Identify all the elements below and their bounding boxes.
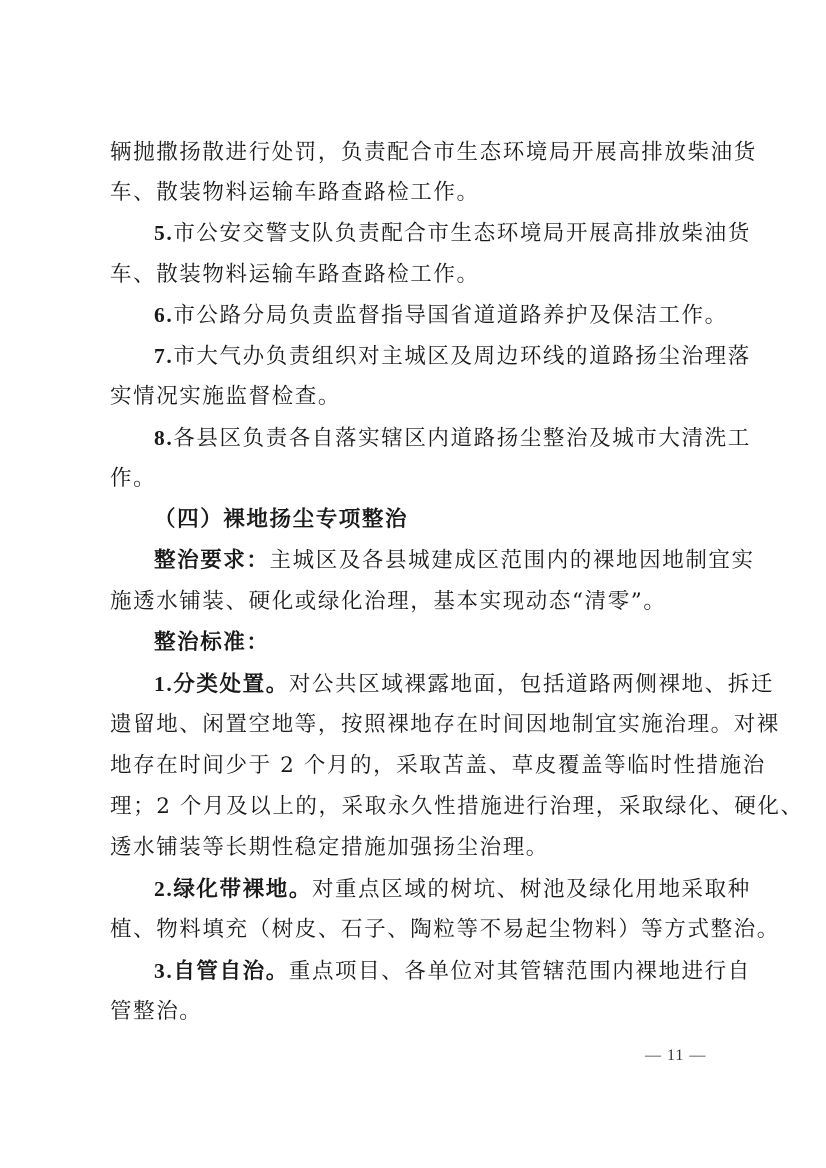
text-line: 施透水铺装、硬化或绿化治理，基本实现动态“清零”。 (110, 587, 667, 617)
line-text: 作。 (110, 466, 156, 491)
item-label: 自管自治。 (173, 959, 289, 984)
text-line: 遗留地、闲置空地等，按照裸地存在时间因地制宜实施治理。对裸 (110, 710, 780, 740)
line-text: 辆抛撒扬散进行处罚，负责配合市生态环境局开展高排放柴油货 (110, 140, 757, 165)
text-line: 5.市公安交警支队负责配合市生态环境局开展高排放柴油货 (154, 218, 751, 248)
text-line: 3.自管自治。重点项目、各单位对其管辖范围内裸地进行自 (154, 956, 751, 986)
line-text: 主城区及各县城建成区范围内的裸地因地制宜实 (270, 548, 755, 573)
text-line: 透水铺装等长期性稳定措施加强扬尘治理。 (110, 833, 549, 863)
page-number: — 11 — (645, 1047, 706, 1065)
text-line: 植、物料填充（树皮、石子、陶粒等不易起尘物料）等方式整治。 (110, 915, 780, 945)
item-number: 1. (154, 672, 173, 696)
item-number: 2. (154, 877, 173, 901)
text-line: 6.市公路分局负责监督指导国省道道路养护及保洁工作。 (154, 300, 728, 330)
line-text: 市公安交警支队负责配合市生态环境局开展高排放柴油货 (173, 221, 751, 246)
item-number: 3. (154, 959, 173, 983)
line-text: 车、散装物料运输车路查路检工作。 (110, 262, 480, 287)
line-text: 重点项目、各单位对其管辖范围内裸地进行自 (289, 959, 751, 984)
line-text: 市大气办负责组织对主城区及周边环线的道路扬尘治理落 (173, 344, 751, 369)
line-text: 管整治。 (110, 999, 202, 1024)
text-line: 车、散装物料运输车路查路检工作。 (110, 260, 480, 290)
text-line: 管整治。 (110, 997, 202, 1027)
line-text: 遗留地、闲置空地等，按照裸地存在时间因地制宜实施治理。对裸 (110, 712, 780, 737)
item-label: 分类处置。 (173, 672, 289, 697)
item-number: 6. (154, 303, 173, 327)
text-line: 车、散装物料运输车路查路检工作。 (110, 178, 480, 208)
text-line: 1.分类处置。对公共区域裸露地面，包括道路两侧裸地、拆迁 (154, 669, 774, 699)
text-line: 理；2 个月及以上的，采取永久性措施进行治理，采取绿化、硬化、 (110, 792, 804, 822)
line-text: 实情况实施监督检查。 (110, 384, 341, 409)
section-heading: （四）裸地扬尘专项整治 (154, 505, 408, 535)
text-line: 8.各县区负责各自落实辖区内道路扬尘整治及城市大清洗工 (154, 423, 751, 453)
line-text: 车、散装物料运输车路查路检工作。 (110, 180, 480, 205)
line-text: （四）裸地扬尘专项整治 (154, 507, 408, 532)
text-line: 整治要求：主城区及各县城建成区范围内的裸地因地制宜实 (154, 546, 755, 576)
line-text: 地存在时间少于 2 个月的，采取苫盖、草皮覆盖等临时性措施治 (110, 753, 766, 778)
item-label: 整治标准： (154, 630, 270, 655)
item-number: 7. (154, 344, 173, 368)
line-text: 各县区负责各自落实辖区内道路扬尘整治及城市大清洗工 (173, 426, 751, 451)
text-line: 地存在时间少于 2 个月的，采取苫盖、草皮覆盖等临时性措施治 (110, 751, 766, 781)
text-line: 7.市大气办负责组织对主城区及周边环线的道路扬尘治理落 (154, 341, 751, 371)
line-text: 透水铺装等长期性稳定措施加强扬尘治理。 (110, 835, 549, 860)
item-label: 整治要求： (154, 548, 270, 573)
text-line: 2.绿化带裸地。对重点区域的树坑、树池及绿化用地采取种 (154, 874, 751, 904)
text-line: 实情况实施监督检查。 (110, 382, 341, 412)
line-text: 对重点区域的树坑、树池及绿化用地采取种 (312, 877, 751, 902)
line-text: 理；2 个月及以上的，采取永久性措施进行治理，采取绿化、硬化、 (110, 794, 804, 819)
line-text: 市公路分局负责监督指导国省道道路养护及保洁工作。 (173, 303, 727, 328)
line-text: 施透水铺装、硬化或绿化治理，基本实现动态“清零”。 (110, 589, 667, 614)
item-number: 8. (154, 426, 173, 450)
item-label: 绿化带裸地。 (173, 877, 312, 902)
item-number: 5. (154, 221, 173, 245)
text-line: 辆抛撒扬散进行处罚，负责配合市生态环境局开展高排放柴油货 (110, 138, 757, 168)
line-text: 植、物料填充（树皮、石子、陶粒等不易起尘物料）等方式整治。 (110, 917, 780, 942)
line-text: 对公共区域裸露地面，包括道路两侧裸地、拆迁 (289, 672, 774, 697)
text-line: 整治标准： (154, 628, 270, 658)
text-line: 作。 (110, 464, 156, 494)
